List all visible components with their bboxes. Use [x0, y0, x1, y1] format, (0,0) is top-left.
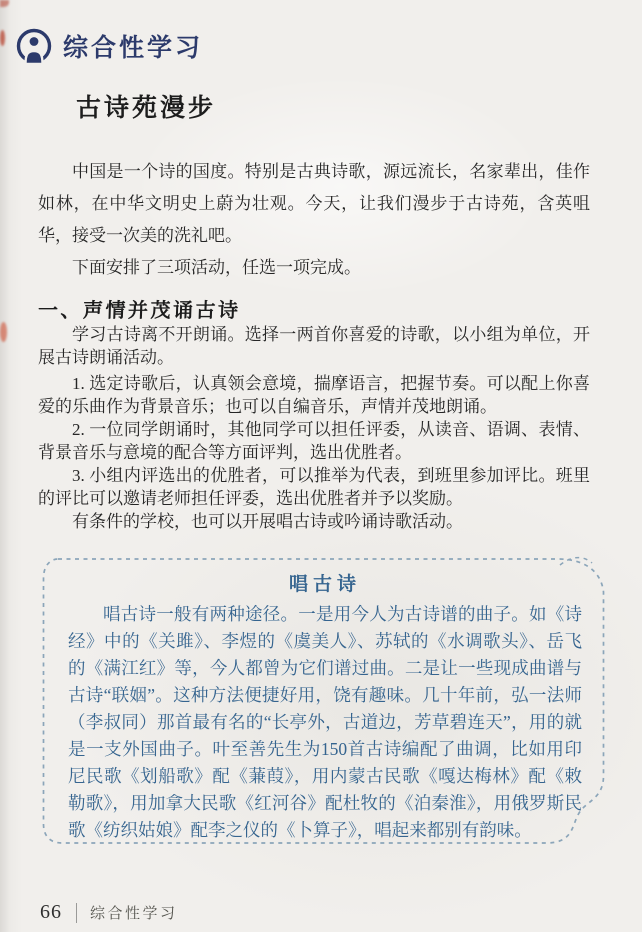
person-in-circle-icon	[14, 26, 54, 66]
unit-header: 综合性学习	[14, 26, 203, 66]
unit-header-label: 综合性学习	[63, 28, 203, 64]
page-edge-red-mark	[0, 0, 9, 7]
page-footer: 66 综合性学习	[40, 901, 178, 924]
page-edge-red-mark	[0, 30, 5, 46]
activity-list: 1. 选定诗歌后，认真领会意境，揣摩语言，把握节奏。可以配上你喜爱的乐曲作为背景…	[38, 372, 590, 533]
body-text: 中国是一个诗的国度。特别是古典诗歌，源远流长，名家辈出，佳作如林，在中华文明史上…	[38, 156, 590, 533]
intro-paragraph-1: 中国是一个诗的国度。特别是古典诗歌，源远流长，名家辈出，佳作如林，在中华文明史上…	[38, 156, 590, 252]
section-heading: 一、声情并茂诵古诗	[37, 294, 590, 323]
section-lead: 学习古诗离不开朗诵。选择一两首你喜爱的诗歌，以小组为单位，开展古诗朗诵活动。	[38, 323, 590, 369]
footer-section-label: 综合性学习	[90, 902, 178, 923]
callout-title: 唱古诗	[68, 569, 582, 596]
footer-divider	[76, 903, 77, 923]
callout-box: 唱古诗 唱古诗一般有两种途径。一是用今人为古诗谱的曲子。如《诗经》中的《关雎》、…	[40, 556, 608, 846]
page-number: 66	[40, 901, 62, 924]
activity-item-2: 2. 一位同学朗诵时，其他同学可以担任评委，从读音、语调、表情、背景音乐与意境的…	[38, 418, 590, 464]
activity-item-1: 1. 选定诗歌后，认真领会意境，揣摩语言，把握节奏。可以配上你喜爱的乐曲作为背景…	[38, 372, 590, 418]
page-title: 古诗苑漫步	[76, 88, 216, 124]
callout-content: 唱古诗 唱古诗一般有两种途径。一是用今人为古诗谱的曲子。如《诗经》中的《关雎》、…	[40, 556, 608, 846]
activity-item-3: 3. 小组内评选出的优胜者，可以推举为代表，到班里参加评比。班里的评比可以邀请老…	[38, 464, 590, 510]
intro-paragraph-2: 下面安排了三项活动，任选一项完成。	[38, 252, 590, 284]
page-edge-red-mark	[0, 322, 7, 342]
section-note: 有条件的学校，也可以开展唱古诗或吟诵诗歌活动。	[38, 510, 590, 533]
callout-body: 唱古诗一般有两种途径。一是用今人为古诗谱的曲子。如《诗经》中的《关雎》、李煜的《…	[68, 601, 582, 844]
textbook-page: 综合性学习 古诗苑漫步 中国是一个诗的国度。特别是古典诗歌，源远流长，名家辈出，…	[0, 0, 642, 932]
